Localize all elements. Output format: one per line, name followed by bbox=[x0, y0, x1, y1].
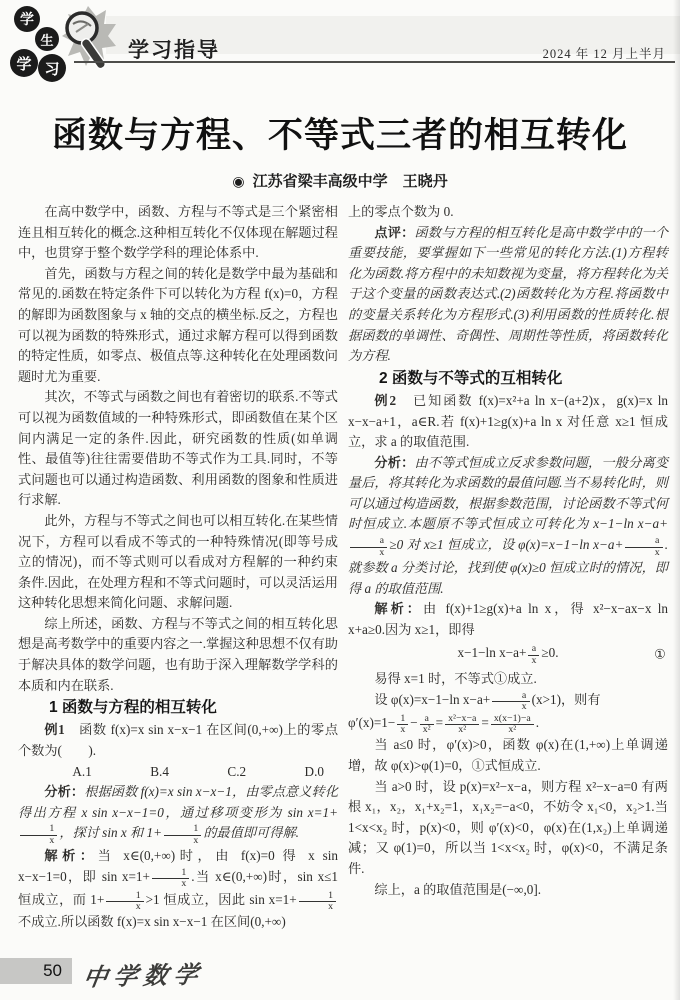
fraction-1-over-x: 1x bbox=[20, 824, 57, 846]
comment-1: 点评：函数与方程的相互转化是高中数学中的一个重要技能，要掌握如下一些常见的转化方… bbox=[348, 223, 668, 367]
article-body: 在高中数学中，函数、方程与不等式是三个紧密相连且相互转化的概念.这种相互转化不仅… bbox=[18, 202, 668, 933]
option-c: C.2 bbox=[201, 762, 246, 783]
equation-number: ① bbox=[654, 644, 666, 665]
solution-2-intro: 解析：由 f(x)+1≥g(x)+a ln x，得 x²−x−ax−x ln x… bbox=[348, 599, 668, 640]
fraction-quadratic-over-x-squared: x²−x−ax² bbox=[445, 714, 479, 736]
analysis-1: 分析：根据函数 f(x)=x sin x−x−1，由零点意义转化得出方程 x s… bbox=[18, 782, 338, 846]
option-b: B.4 bbox=[124, 762, 169, 783]
logo-char: 学 bbox=[16, 53, 31, 74]
comment-1-label: 点评： bbox=[374, 225, 414, 240]
analysis-1-label: 分析： bbox=[44, 784, 84, 799]
author-bullet-icon: ◉ bbox=[232, 175, 244, 190]
solution-2-step-1: 易得 x=1 时，不等式①成立. bbox=[348, 669, 668, 690]
intro-paragraph-1: 在高中数学中，函数、方程与不等式是三个紧密相连且相互转化的概念.这种相互转化不仅… bbox=[18, 202, 338, 264]
analysis-2: 分析：由不等式恒成立反求参数问题，一般分离变量后，将其转化为求函数的最值问题.当… bbox=[348, 453, 668, 599]
logo-char: 生 bbox=[40, 30, 53, 49]
header-rule bbox=[74, 61, 675, 63]
option-d: D.0 bbox=[278, 762, 324, 783]
solution-2-case-2: 当 a>0 时，设 p(x)=x²−x−a，则方程 x²−x−a=0 有两根 x… bbox=[348, 777, 668, 880]
example-1-text: 函数 f(x)=x sin x−x−1 在区间(0,+∞)上的零点个数为( ). bbox=[18, 722, 338, 758]
article-title: 函数与方程、不等式三者的相互转化 bbox=[0, 108, 680, 158]
right-column: 上的零点个数为 0. 点评：函数与方程的相互转化是高中数学中的一个重要技能，要掌… bbox=[348, 202, 668, 933]
intro-paragraph-2: 首先，函数与方程之间的转化是数学中最为基础和常见的.函数在特定条件下可以转化为方… bbox=[18, 264, 338, 388]
fraction-1-over-x: 1x bbox=[152, 868, 189, 890]
solution-1-label: 解析： bbox=[44, 848, 97, 863]
fraction-factored-over-x-squared: x(x−1)−ax² bbox=[491, 714, 534, 736]
page-header: 学 生 学 习 学习指导 2024 年 12 月上半月 bbox=[0, 0, 680, 96]
solution-2-case-1: 当 a≤0 时，φ′(x)>0，函数 φ(x)在(1,+∞)上单调递增，故 φ(… bbox=[348, 735, 668, 776]
journal-logo: 中学数学 bbox=[81, 954, 207, 992]
magnifier-leaf-icon bbox=[58, 2, 120, 89]
issue-date: 2024 年 12 月上半月 bbox=[543, 44, 666, 62]
example-2: 例2 已知函数 f(x)=x²+a ln x−(a+2)x，g(x)=x ln … bbox=[348, 391, 668, 453]
fraction-1-over-x: 1x bbox=[299, 891, 336, 913]
author-line: ◉江苏省梁丰高级中学 王晓丹 bbox=[0, 170, 680, 191]
fraction-1-over-x: 1x bbox=[164, 824, 201, 846]
analysis-2-label: 分析： bbox=[374, 455, 414, 470]
fraction-a-over-x-squared: ax² bbox=[420, 714, 434, 736]
solution-2-conclusion: 综上，a 的取值范围是(−∞,0]. bbox=[348, 880, 668, 901]
section-heading-2: 2 函数与不等式的互相转化 bbox=[348, 367, 668, 391]
left-column: 在高中数学中，函数、方程与不等式是三个紧密相连且相互转化的概念.这种相互转化不仅… bbox=[18, 202, 338, 933]
option-a: A.1 bbox=[46, 762, 92, 783]
example-1-label: 例1 bbox=[44, 722, 64, 737]
continued-text: 上的零点个数为 0. bbox=[348, 202, 668, 223]
fraction-a-over-x: ax bbox=[492, 691, 529, 713]
comment-1-text: 函数与方程的相互转化是高中数学中的一个重要技能，要掌握如下一些常见的转化方法.(… bbox=[348, 225, 668, 364]
equation-1: x−1−ln x−a+ax≥0.① bbox=[348, 640, 668, 669]
page-number: 50 bbox=[0, 958, 72, 984]
section-label: 学习指导 bbox=[128, 34, 220, 64]
intro-paragraph-5: 综上所述，函数、方程与不等式之间的相互转化思想是高考数学中的重要内容之一.掌握这… bbox=[18, 614, 338, 696]
example-2-label: 例2 bbox=[374, 393, 396, 408]
derivative-equation: φ′(x)=1−1x−ax²=x²−x−ax²=x(x−1)−ax². bbox=[348, 713, 668, 736]
solution-2-label: 解析： bbox=[374, 601, 423, 616]
section-heading-1: 1 函数与方程的相互转化 bbox=[18, 696, 338, 720]
author-affiliation-name: 江苏省梁丰高级中学 王晓丹 bbox=[253, 174, 448, 190]
fraction-1-over-x: 1x bbox=[397, 714, 408, 736]
page-footer: 50 中学数学 bbox=[0, 956, 680, 990]
example-2-text: 已知函数 f(x)=x²+a ln x−(a+2)x，g(x)=x ln x−x… bbox=[348, 393, 668, 449]
intro-paragraph-3: 其次，不等式与函数之间也有着密切的联系.不等式可以视为函数值域的一种特殊形式，即… bbox=[18, 387, 338, 511]
logo-char: 学 bbox=[20, 9, 34, 29]
logo-circle-2: 生 bbox=[35, 27, 59, 51]
solution-1: 解析：当 x∈(0,+∞)时，由 f(x)=0 得 x sin x−x−1=0，… bbox=[18, 846, 338, 933]
fraction-a-over-x: ax bbox=[350, 536, 387, 558]
fraction-a-over-x: ax bbox=[528, 644, 539, 666]
example-1: 例1 函数 f(x)=x sin x−x−1 在区间(0,+∞)上的零点个数为(… bbox=[18, 720, 338, 761]
solution-2-step-2: 设 φ(x)=x−1−ln x−a+ax(x>1)，则有 bbox=[348, 690, 668, 713]
intro-paragraph-4: 此外，方程与不等式之间也可以相互转化.在某些情况下，方程可以看成不等式的一种特殊… bbox=[18, 511, 338, 614]
student-study-logo: 学 生 学 习 bbox=[8, 2, 128, 92]
logo-circle-1: 学 bbox=[14, 6, 40, 32]
fraction-1-over-x: 1x bbox=[106, 891, 143, 913]
fraction-a-over-x: ax bbox=[625, 536, 662, 558]
journal-page: 学 生 学 习 学习指导 2024 年 12 月上半月 函数与方程、不等式三者的… bbox=[0, 0, 680, 1000]
options-row: A.1 B.4 C.2 D.0 bbox=[18, 762, 338, 783]
logo-circle-3: 学 bbox=[10, 49, 38, 77]
